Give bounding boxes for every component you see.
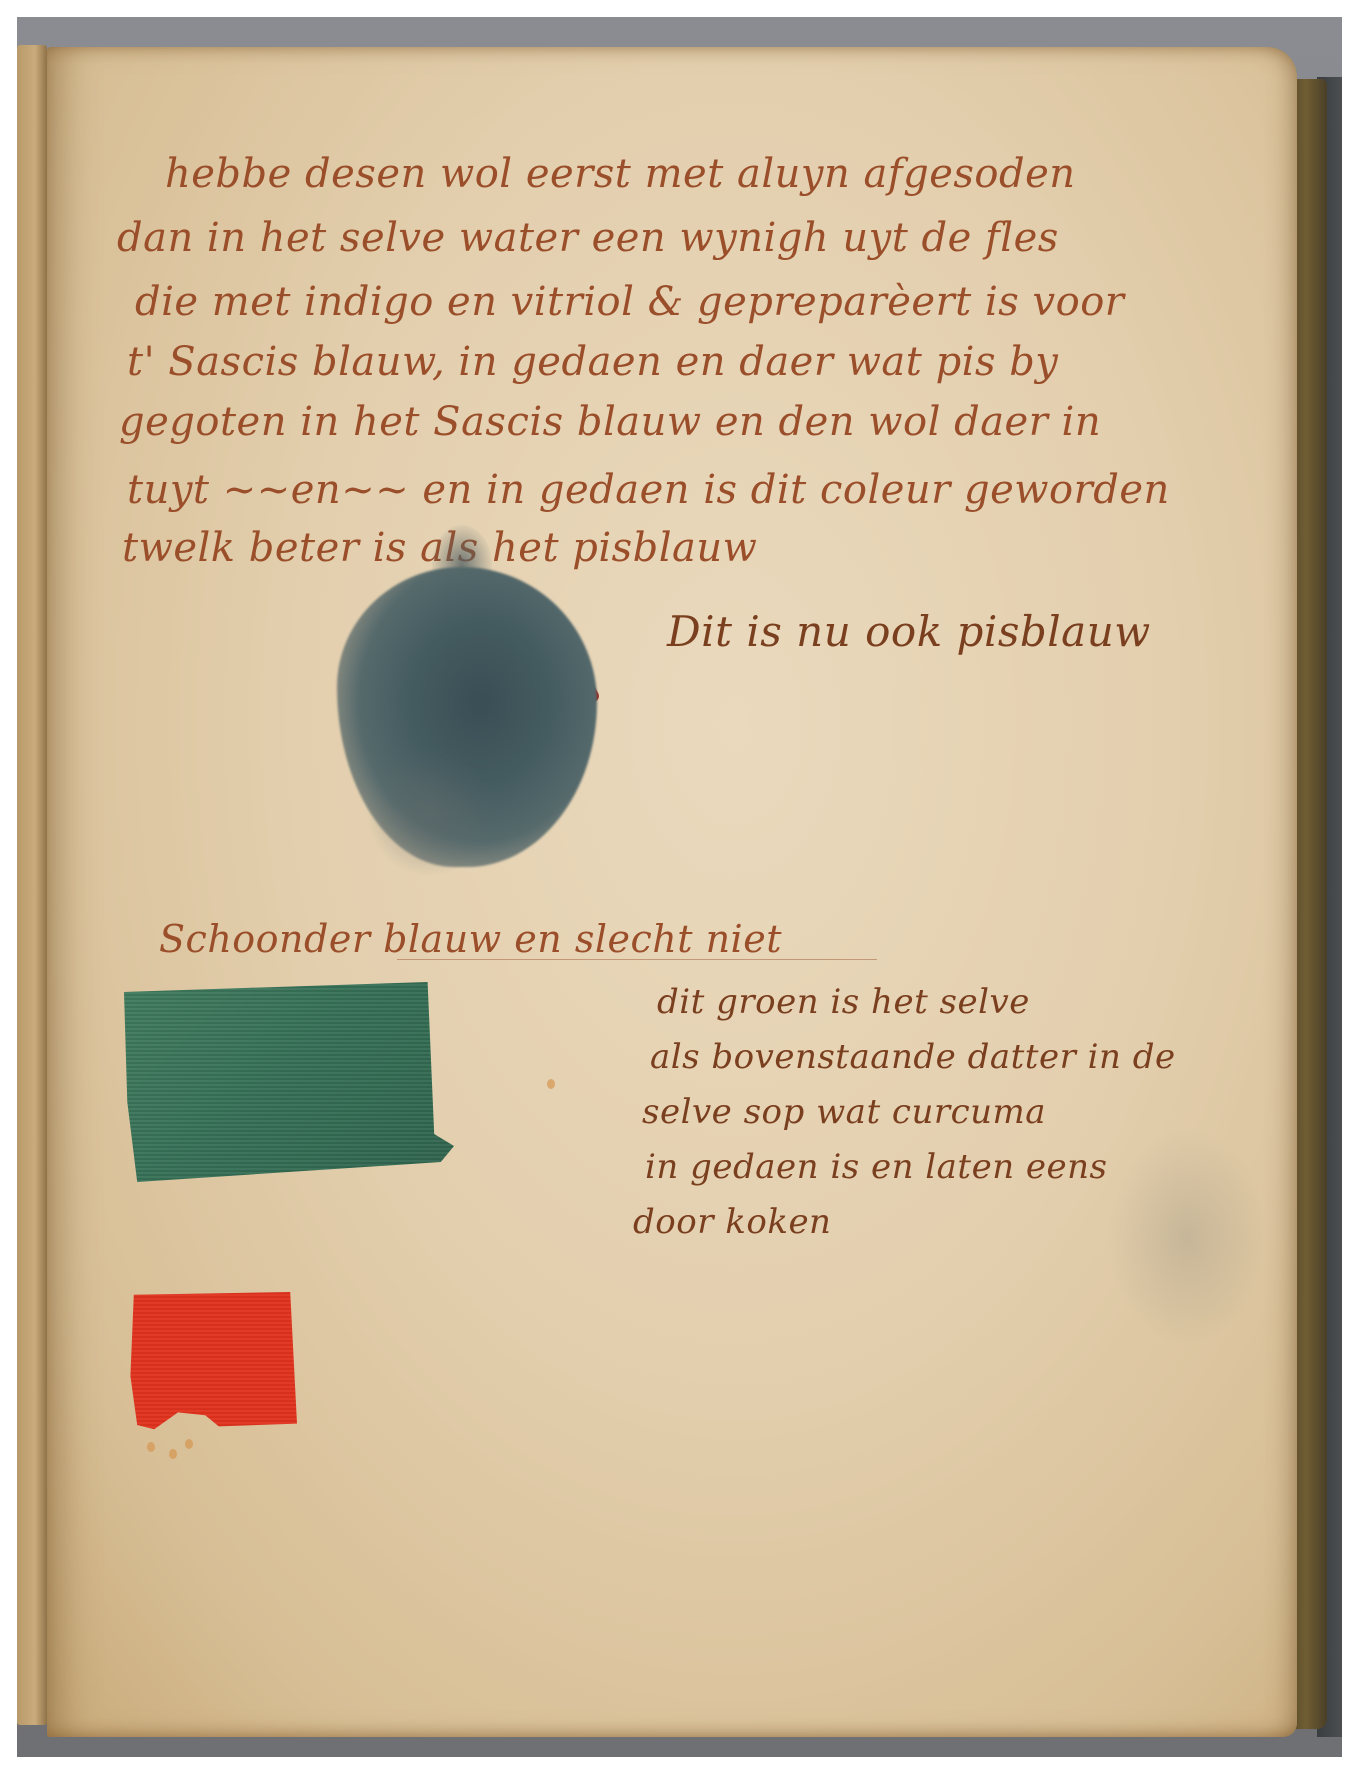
text-line-3: die met indigo en vitriol & gepreparèert… <box>135 279 1124 325</box>
manuscript-page: hebbe desen wol eerst met aluyn afgesode… <box>47 47 1297 1737</box>
green-note-line-2: als bovenstaande datter in de <box>650 1037 1176 1077</box>
text-line-6: tuyt ~~en~~ en in gedaen is dit coleur g… <box>127 467 1170 513</box>
text-line-2: dan in het selve water een wynigh uyt de… <box>117 215 1059 261</box>
heading-rule <box>397 959 877 960</box>
book-binding-edge <box>17 45 47 1725</box>
page-stain <box>1107 1127 1267 1347</box>
manuscript-photo: hebbe desen wol eerst met aluyn afgesode… <box>17 17 1342 1757</box>
rust-spot <box>169 1449 177 1459</box>
cloth-sample-red <box>127 1292 297 1432</box>
text-line-4: t' Sascis blauw, in gedaen en daer wat p… <box>127 339 1058 385</box>
green-note-line-5: door koken <box>633 1202 831 1242</box>
text-line-5: gegoten in het Sascis blauw en den wol d… <box>119 399 1101 445</box>
text-line-1: hebbe desen wol eerst met aluyn afgesode… <box>165 151 1076 197</box>
section-heading: Schoonder blauw en slecht niet <box>159 917 782 961</box>
wool-sample-wisps <box>365 747 495 877</box>
green-note-line-1: dit groen is het selve <box>657 982 1030 1022</box>
rust-spot <box>147 1442 155 1452</box>
rust-spot <box>185 1439 193 1449</box>
wool-sample-caption: Dit is nu ook pisblauw <box>667 607 1151 656</box>
green-note-line-4: in gedaen is en laten eens <box>645 1147 1108 1187</box>
cloth-sample-green <box>124 982 454 1182</box>
green-note-line-3: selve sop wat curcuma <box>642 1092 1046 1132</box>
rust-spot <box>547 1079 555 1089</box>
